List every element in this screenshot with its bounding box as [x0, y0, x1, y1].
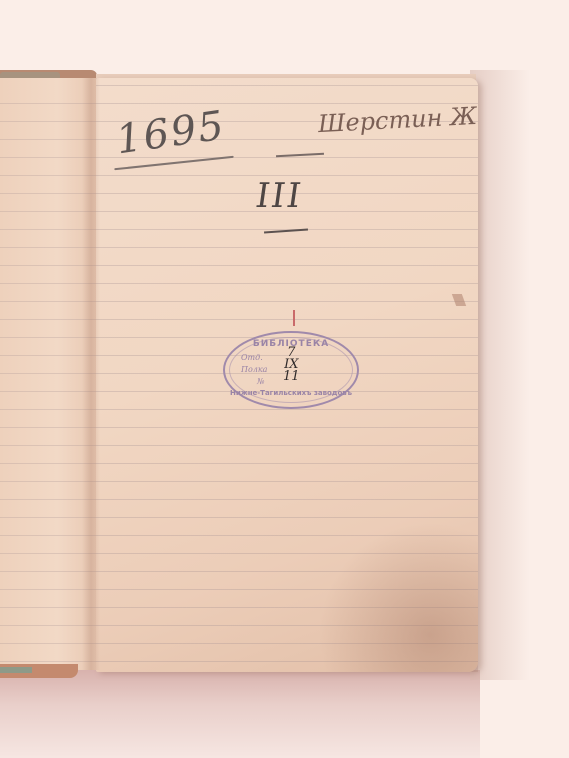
- torn-binding: [0, 667, 32, 673]
- first-page: 1695 Шерстин Ж III БИБЛIОТЕКА Отд. Полка…: [96, 78, 478, 672]
- stamp-handwritten-shelfmark: 7 IX 11: [283, 347, 300, 383]
- library-stamp: БИБЛIОТЕКА Отд. Полка № Нижне-Тагильских…: [223, 331, 359, 409]
- stamp-owner: Нижне-Тагильскихъ заводовъ: [225, 389, 357, 397]
- cover-spine-bottom: [0, 664, 78, 678]
- signature-mark: Ж: [449, 102, 477, 131]
- volume-number: III: [253, 176, 305, 216]
- stain: [318, 522, 478, 672]
- book-gutter: [82, 78, 100, 670]
- shelfmark-section: 7: [283, 347, 300, 359]
- stamp-field-section: Отд.: [241, 353, 263, 362]
- shelfmark-number: 11: [283, 371, 300, 383]
- table-shadow: [0, 670, 480, 758]
- red-pencil-mark: [293, 310, 295, 326]
- stamp-title: БИБЛIОТЕКА: [225, 339, 357, 349]
- stamp-field-shelf: Полка: [241, 365, 267, 374]
- shelfmark-shelf: IX: [283, 359, 300, 371]
- stamp-field-number: №: [257, 377, 265, 386]
- page-shadow: [470, 70, 530, 680]
